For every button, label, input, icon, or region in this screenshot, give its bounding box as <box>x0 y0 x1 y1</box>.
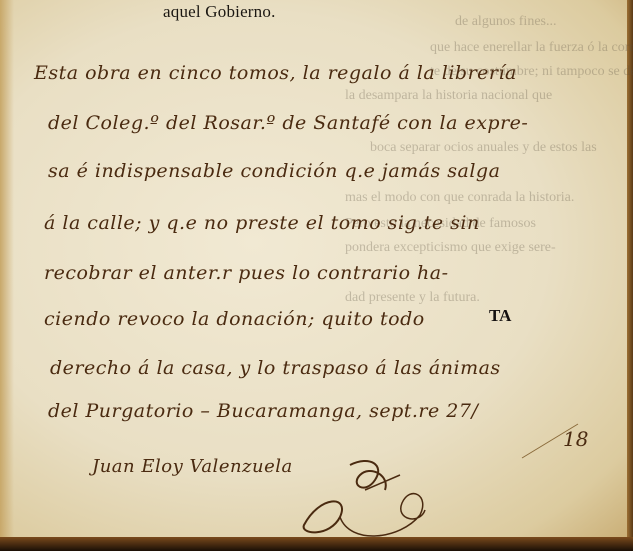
signature: Juan Eloy Valenzuela <box>92 456 293 477</box>
handwritten-line-7: derecho á la casa, y lo traspaso á las á… <box>50 357 501 379</box>
bleed-through-line: de algunos fines... <box>455 14 556 30</box>
handwritten-line-2: del Coleg.º del Rosar.º de Santafé con l… <box>48 112 528 134</box>
handwritten-line-1: Esta obra en cinco tomos, la regalo á la… <box>34 62 517 84</box>
bleed-through-line: dad presente y la futura. <box>345 290 480 306</box>
handwritten-line-3: sa é indispensable condición q.e jamás s… <box>48 160 500 182</box>
printed-heading: aquel Gobierno. <box>163 2 276 22</box>
page-edge-right <box>627 0 633 540</box>
page-bottom-edge <box>0 537 633 551</box>
printed-catchword: TA <box>489 306 511 326</box>
bleed-through-line: mas el modo con que conrada la historia. <box>345 190 574 206</box>
handwritten-line-8: del Purgatorio – Bucaramanga, sept.re 27… <box>48 400 478 422</box>
bleed-through-line: la desampara la historia nacional que <box>345 88 552 104</box>
handwritten-line-5: recobrar el anter.r pues lo contrario ha… <box>44 262 449 284</box>
signature-rubric-icon <box>290 455 450 540</box>
bleed-through-line: que hace enerellar la fuerza ó la corrie… <box>430 40 633 56</box>
handwritten-line-4: á la calle; y q.e no preste el tomo sig.… <box>44 212 480 234</box>
slash-stroke-icon <box>520 420 580 460</box>
manuscript-page: aquel Gobierno. de algunos fines... que … <box>0 0 633 540</box>
bleed-through-line: pondera excepticismo que exige sere- <box>345 240 556 256</box>
bleed-through-line: boca separar ocios anuales y de estos la… <box>370 140 597 156</box>
handwritten-line-6: ciendo revoco la donación; quito todo <box>44 308 425 330</box>
